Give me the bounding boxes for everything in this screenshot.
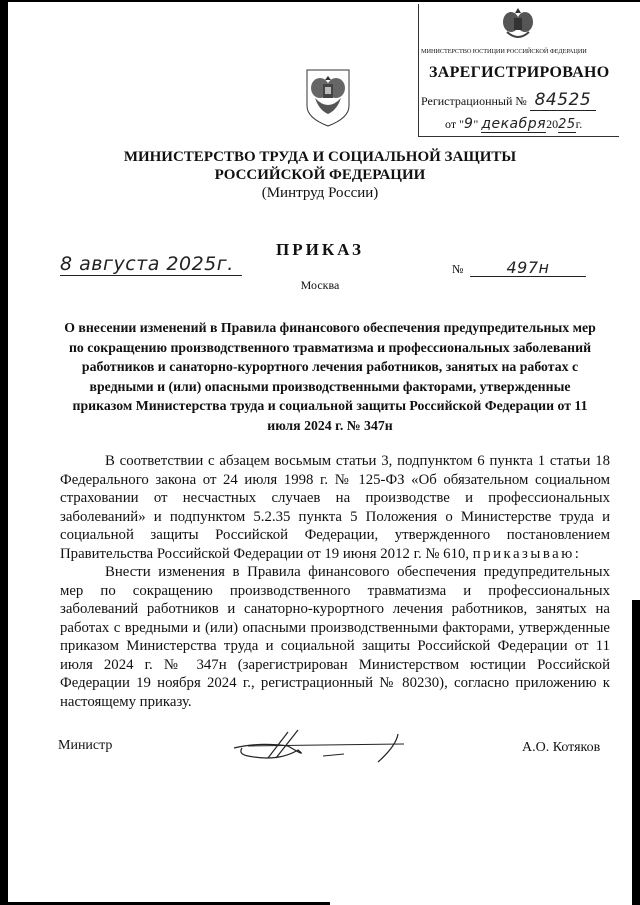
scan-edge-left	[0, 0, 8, 905]
document-title: О внесении изменений в Правила финансово…	[60, 318, 600, 435]
ministry-header: МИНИСТЕРСТВО ТРУДА И СОЦИАЛЬНОЙ ЗАЩИТЫ Р…	[0, 148, 640, 202]
body-paragraph-2: Внести изменения в Правила финансового о…	[60, 563, 610, 711]
stamp-date-month: декабря	[481, 116, 546, 133]
handwritten-signature-icon	[228, 728, 418, 766]
order-number-label: №	[452, 262, 463, 277]
stamp-regnum-row: Регистрационный № 84525	[421, 90, 596, 111]
stamp-date-prefix: от "	[445, 117, 464, 131]
order-city: Москва	[0, 278, 640, 293]
stamp-date-suffix: г.	[576, 117, 583, 131]
stamp-date-quote: "	[473, 117, 478, 131]
document-body: В соответствии с абзацем восьмым статьи …	[60, 452, 610, 711]
stamp-regnum-value: 84525	[530, 90, 596, 111]
signature-block: Министр А.О. Котяков	[0, 728, 640, 768]
order-number-handwritten: 497н	[470, 258, 586, 277]
stamp-emblem-icon	[499, 6, 537, 42]
stamp-registered-label: ЗАРЕГИСТРИРОВАНО	[429, 64, 610, 82]
stamp-regnum-label: Регистрационный №	[421, 94, 527, 108]
coat-of-arms-icon	[303, 66, 353, 128]
stamp-date-row: от "9" декабря2025г.	[445, 116, 582, 133]
signatory-name: А.О. Котяков	[522, 740, 600, 756]
scan-edge-top	[0, 0, 640, 2]
ministry-name-line1: МИНИСТЕРСТВО ТРУДА И СОЦИАЛЬНОЙ ЗАЩИТЫ	[0, 148, 640, 166]
ministry-short-name: (Минтруд России)	[0, 184, 640, 202]
order-date-handwritten: 8 августа 2025г.	[60, 253, 242, 276]
ministry-name-line2: РОССИЙСКОЙ ФЕДЕРАЦИИ	[0, 166, 640, 184]
stamp-ministry-label: МИНИСТЕРСТВО ЮСТИЦИИ РОССИЙСКОЙ ФЕДЕРАЦИ…	[421, 48, 621, 55]
stamp-date-year-prefix: 20	[546, 117, 558, 131]
stamp-date-day: 9	[464, 116, 473, 132]
stamp-date-year-suffix: 25	[558, 117, 576, 133]
order-date-text: 8 августа 2025г.	[60, 253, 242, 275]
order-directive: приказываю:	[473, 546, 582, 562]
body-paragraph-1: В соответствии с абзацем восьмым статьи …	[60, 452, 610, 563]
registration-stamp: МИНИСТЕРСТВО ЮСТИЦИИ РОССИЙСКОЙ ФЕДЕРАЦИ…	[418, 4, 619, 137]
signatory-title: Министр	[58, 738, 112, 754]
